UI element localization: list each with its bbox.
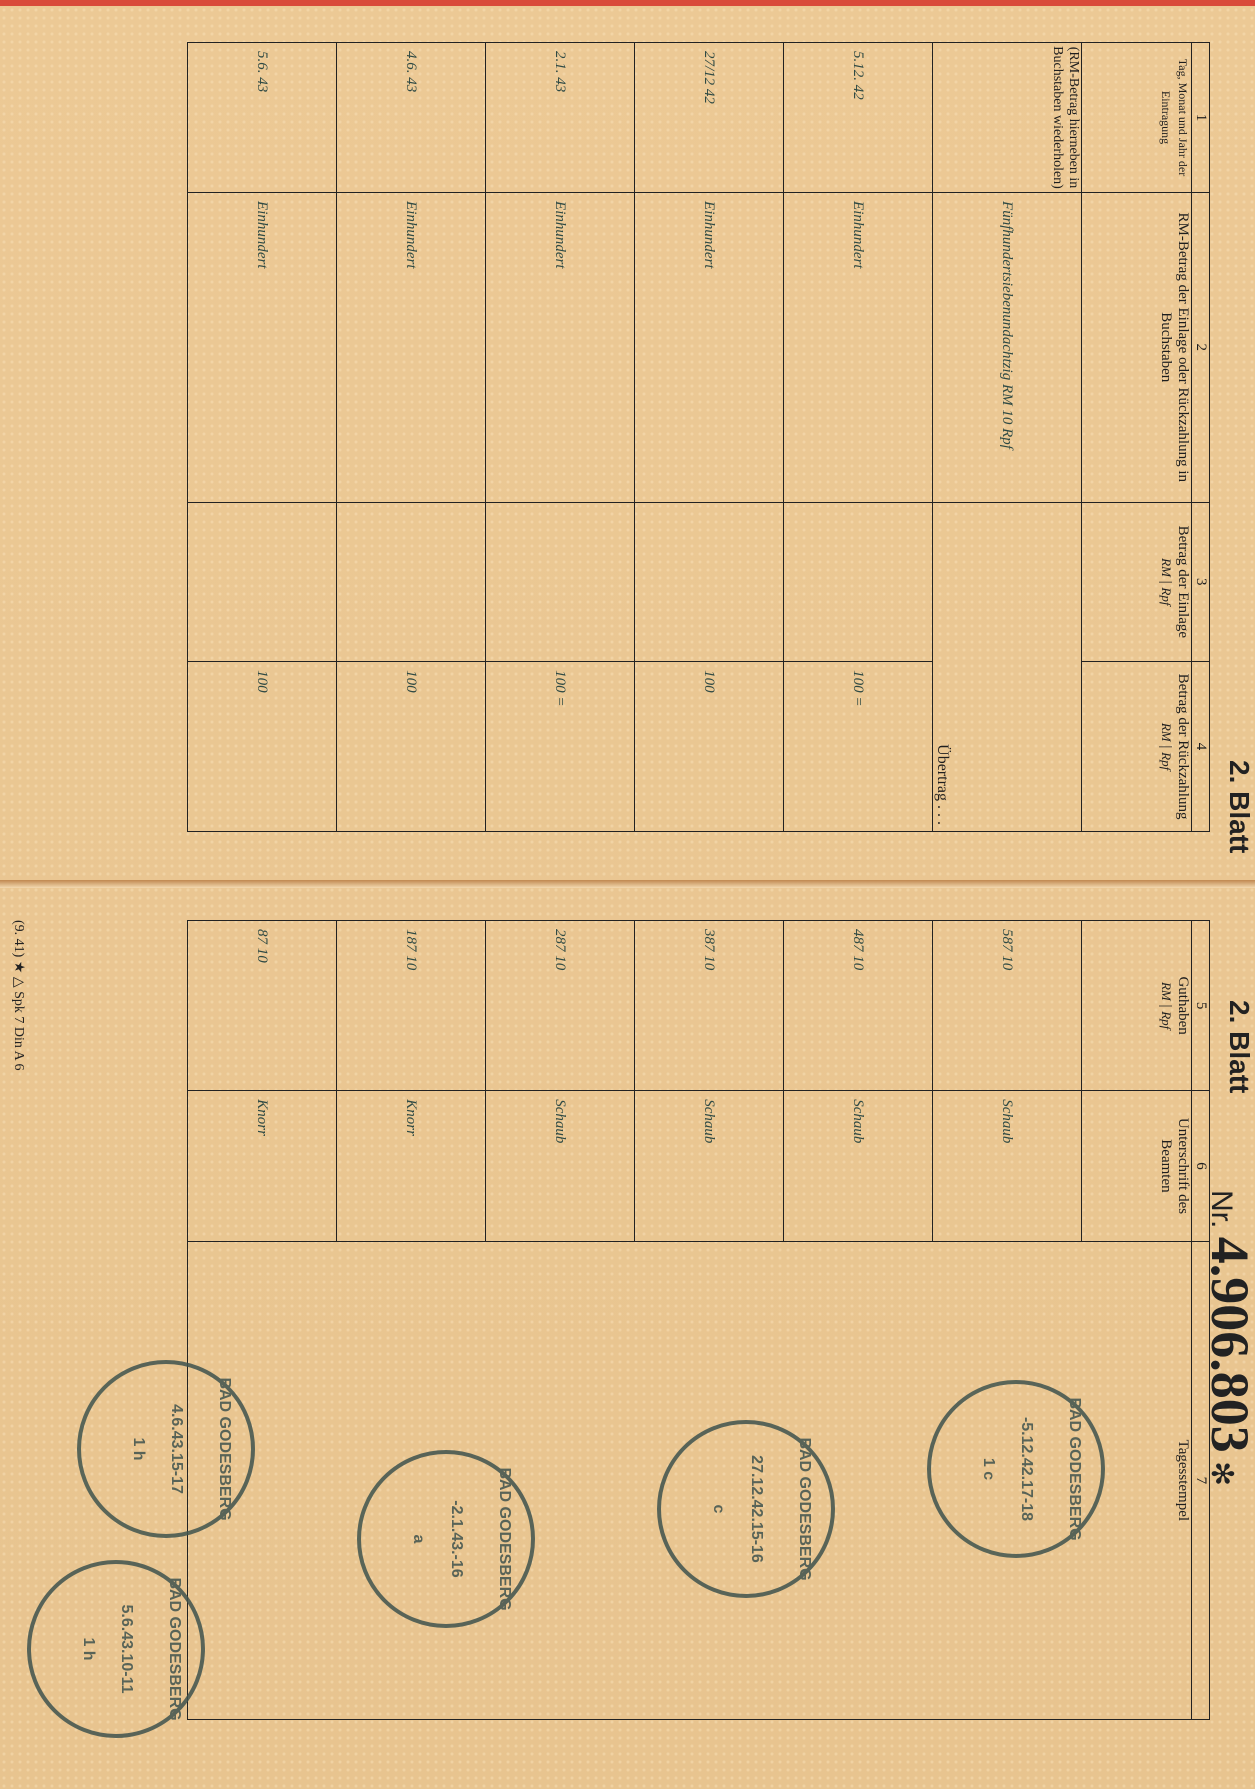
table-row: 5.6. 43 Einhundert 100 [188, 43, 337, 832]
print-code-footer: (9. 41) ★ △ Spk 7 Din A 6 [10, 920, 27, 1071]
postmark-stamp: BAD GODESBERG-2.1.43.-16a [357, 1450, 535, 1628]
balance-cell: 287 10 [486, 921, 635, 1091]
balance-cell: 487 10 [784, 921, 933, 1091]
sheet-label-right: 2. Blatt [1223, 1000, 1255, 1093]
carry-over-row: (RM-Betrag hierneben in Buchstaben wiede… [933, 43, 1082, 832]
balance-cell: 587 10 [933, 921, 1082, 1091]
left-ledger-table: 1 2 3 4 Tag, Monat und Jahr der Eintragu… [187, 42, 1210, 832]
postmark-stamp: BAD GODESBERG27.12.42.15-16c [657, 1420, 835, 1598]
col-date-header: Tag, Monat und Jahr der Eintragung [1082, 43, 1192, 193]
right-ledger-table: 5 6 7 GuthabenRM | Rpf Unterschrift des … [187, 920, 1210, 1720]
table-row: 5.12. 42 Einhundert 100 = [784, 43, 933, 832]
table-row: 4.6. 43 Einhundert 100 [337, 43, 486, 832]
sheet-label-left: 2. Blatt [1223, 760, 1255, 853]
col-amount-words-header: RM-Betrag der Einlage oder Rückzahlung i… [1082, 193, 1192, 502]
rotated-document: 2. Blatt 2. Blatt Nr. 4.906.803 ✻ 1 2 3 … [0, 0, 1255, 1789]
postmark-stamp: BAD GODESBERG4.6.43.15-171 h [77, 1360, 255, 1538]
col-deposit-header: Betrag der EinlageRM | Rpf [1082, 502, 1192, 662]
table-row: 27/12 42 Einhundert 100 [635, 43, 784, 832]
table-row: 2.1. 43 Einhundert 100 = [486, 43, 635, 832]
balance-cell: 387 10 [635, 921, 784, 1091]
balance-cell: 187 10 [337, 921, 486, 1091]
balance-cell: 87 10 [188, 921, 337, 1091]
col-signature-header: Unterschrift des Beamten [1082, 1091, 1192, 1241]
postmark-stamp: BAD GODESBERG-5.12.42.17-181 c [927, 1380, 1105, 1558]
col-balance-header: GuthabenRM | Rpf [1082, 921, 1192, 1091]
col-withdrawal-header: Betrag der RückzahlungRM | Rpf [1082, 662, 1192, 832]
postmark-stamp: BAD GODESBERG5.6.43.10-111 h [27, 1560, 205, 1738]
